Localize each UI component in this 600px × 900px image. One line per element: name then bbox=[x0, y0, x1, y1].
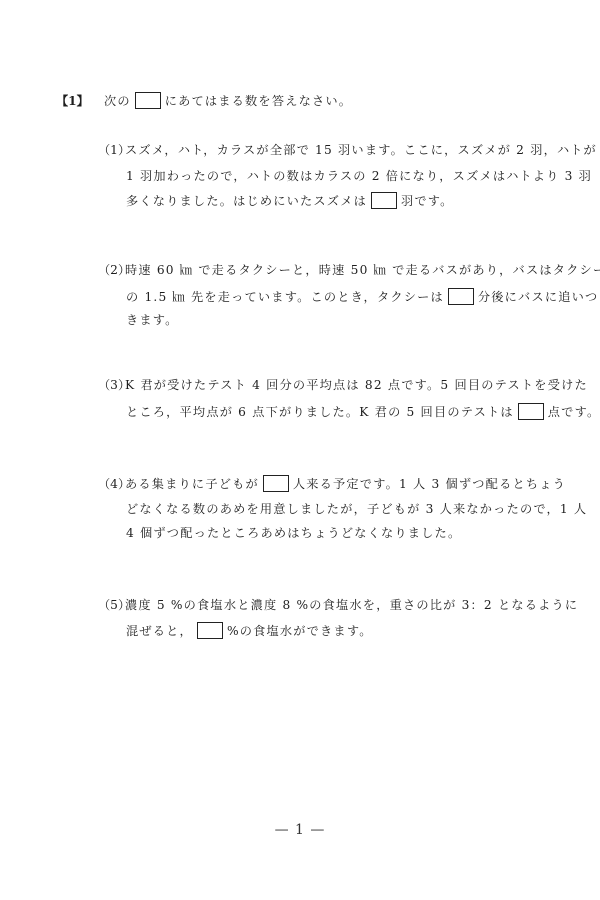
question-1-answer-box[interactable] bbox=[371, 192, 397, 209]
question-1-text: スズメ，ハト，カラスが全部で 15 羽います。ここに，スズメが 2 羽，ハトが bbox=[125, 143, 597, 157]
page-number: — 1 — bbox=[0, 822, 600, 838]
question-5-text-before: 混ぜると， bbox=[126, 624, 193, 638]
question-4-answer-box[interactable] bbox=[263, 475, 289, 492]
question-5-number: （5） bbox=[98, 597, 125, 613]
section-label: 【1】 bbox=[56, 94, 89, 108]
question-1-number: （1） bbox=[98, 142, 125, 158]
question-3-text: K 君が受けたテスト 4 回分の平均点は 82 点です。5 回目のテストを受けた bbox=[125, 378, 588, 392]
question-4-line-1: （4）ある集まりに子どもが人来る予定です。1 人 3 個ずつ配るとちょう bbox=[98, 475, 566, 492]
question-2-text: 時速 60 ㎞ で走るタクシーと，時速 50 ㎞ で走るバスがあり，バスはタクシ… bbox=[125, 263, 600, 277]
question-1-line-3: 多くなりました。はじめにいたスズメは羽です。 bbox=[126, 192, 454, 209]
instruction-text-before: 次の bbox=[104, 94, 131, 108]
question-4-text-before: ある集まりに子どもが bbox=[125, 477, 259, 491]
question-2-line-2: の 1.5 ㎞ 先を走っています。このとき，タクシーは分後にバスに追いつ bbox=[126, 288, 598, 305]
question-4-line-3: 4 個ずつ配ったところあめはちょうどなくなりました。 bbox=[126, 525, 461, 541]
question-4-text-after: 人来る予定です。1 人 3 個ずつ配るとちょう bbox=[293, 477, 566, 491]
question-1-text-after: 羽です。 bbox=[401, 194, 454, 208]
instruction-text-after: にあてはまる数を答えなさい。 bbox=[165, 94, 352, 108]
question-3-answer-box[interactable] bbox=[518, 403, 544, 420]
question-2-line-1: （2）時速 60 ㎞ で走るタクシーと，時速 50 ㎞ で走るバスがあり，バスは… bbox=[98, 262, 600, 278]
instruction-line: 【1】 次のにあてはまる数を答えなさい。 bbox=[56, 92, 352, 109]
question-3-line-1: （3）K 君が受けたテスト 4 回分の平均点は 82 点です。5 回目のテストを… bbox=[98, 377, 588, 393]
question-2-number: （2） bbox=[98, 262, 125, 278]
question-5-line-1: （5）濃度 5 %の食塩水と濃度 8 %の食塩水を，重さの比が 3：2 となるよ… bbox=[98, 597, 578, 613]
question-2-text-before: の 1.5 ㎞ 先を走っています。このとき，タクシーは bbox=[126, 290, 444, 304]
answer-box-example bbox=[135, 92, 161, 109]
question-5-text-after: %の食塩水ができます。 bbox=[227, 624, 373, 638]
question-3-number: （3） bbox=[98, 377, 125, 393]
question-2-line-3: きます。 bbox=[126, 312, 179, 328]
question-4-number: （4） bbox=[98, 476, 125, 492]
question-4-line-2: どなくなる数のあめを用意しましたが，子どもが 3 人来なかったので，1 人 bbox=[126, 501, 587, 517]
question-2-text-after: 分後にバスに追いつ bbox=[478, 290, 599, 304]
question-1-line-2: 1 羽加わったので，ハトの数はカラスの 2 倍になり，スズメはハトより 3 羽 bbox=[126, 168, 592, 184]
question-3-text-before: ところ，平均点が 6 点下がりました。K 君の 5 回目のテストは bbox=[126, 405, 514, 419]
question-3-text-after: 点です。 bbox=[548, 405, 600, 419]
question-1-text-before: 多くなりました。はじめにいたスズメは bbox=[126, 194, 367, 208]
question-5-line-2: 混ぜると，%の食塩水ができます。 bbox=[126, 622, 373, 639]
question-3-line-2: ところ，平均点が 6 点下がりました。K 君の 5 回目のテストは点です。 bbox=[126, 403, 600, 420]
question-2-answer-box[interactable] bbox=[448, 288, 474, 305]
question-5-text: 濃度 5 %の食塩水と濃度 8 %の食塩水を，重さの比が 3：2 となるように bbox=[125, 598, 578, 612]
question-1-line-1: （1）スズメ，ハト，カラスが全部で 15 羽います。ここに，スズメが 2 羽，ハ… bbox=[98, 142, 597, 158]
question-5-answer-box[interactable] bbox=[197, 622, 223, 639]
